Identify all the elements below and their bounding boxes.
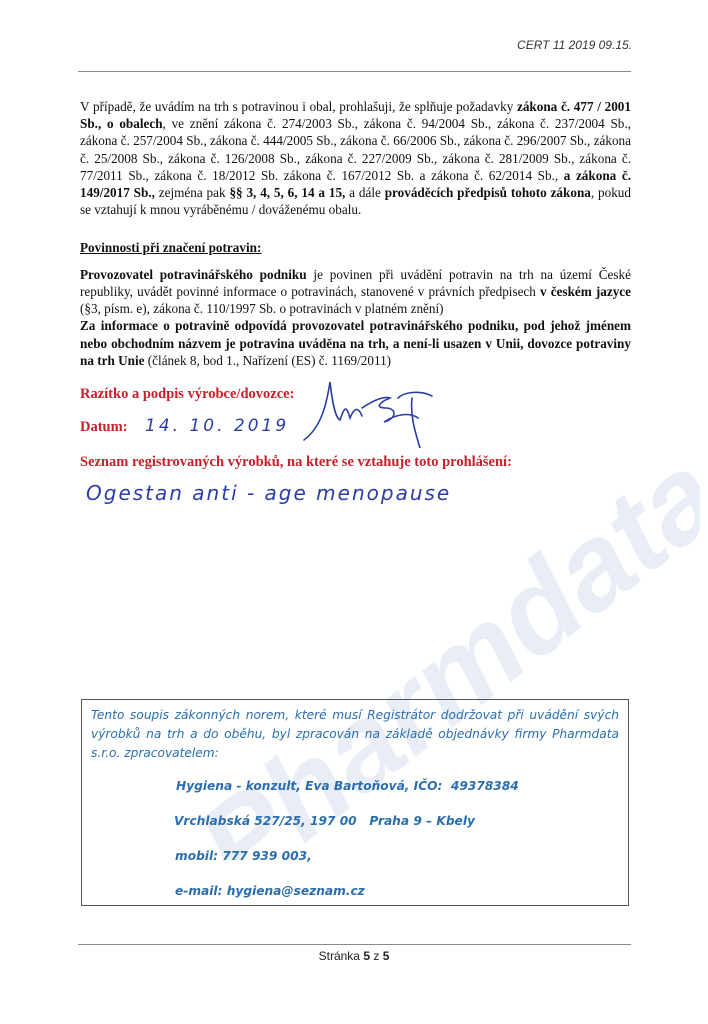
page-label: Stránka [319, 949, 364, 963]
packaging-declaration: V případě, že uvádím na trh s potravinou… [80, 98, 631, 218]
total-pages: 5 [383, 949, 390, 963]
labeling-paragraph-2: Za informace o potravině odpovídá provoz… [80, 317, 631, 370]
processor-company: Hygiena - konzult, Eva Bartoňová, IČO: 4… [176, 779, 519, 793]
processor-info-box: Tento soupis zákonných norem, které musí… [81, 699, 629, 906]
page-separator: z [370, 949, 383, 963]
labeling-paragraph-1: Provozovatel potravinářského podniku je … [80, 266, 631, 318]
date-label: Datum: [80, 419, 128, 436]
processor-mobile: mobil: 777 939 003, [175, 849, 312, 863]
page-number: Stránka 5 z 5 [0, 949, 708, 963]
products-label: Seznam registrovaných výrobků, na které … [80, 454, 512, 471]
current-page: 5 [363, 949, 370, 963]
processor-intro: Tento soupis zákonných norem, které musí… [91, 706, 619, 763]
products-value: Ogestan anti - age menopause [86, 481, 451, 505]
date-value: 14. 10. 2019 [145, 416, 289, 436]
header-divider [78, 71, 631, 72]
stamp-signature-label: Razítko a podpis výrobce/dovozce: [80, 386, 294, 403]
labeling-heading: Povinnosti při značení potravin: [80, 240, 261, 256]
processor-address: Vrchlabská 527/25, 197 00 Praha 9 – Kbel… [174, 814, 475, 828]
processor-email: e-mail: hygiena@seznam.cz [175, 884, 365, 898]
document-code: CERT 11 2019 09.15. [517, 38, 632, 52]
handwritten-signature [300, 378, 435, 448]
footer-divider [78, 944, 631, 945]
